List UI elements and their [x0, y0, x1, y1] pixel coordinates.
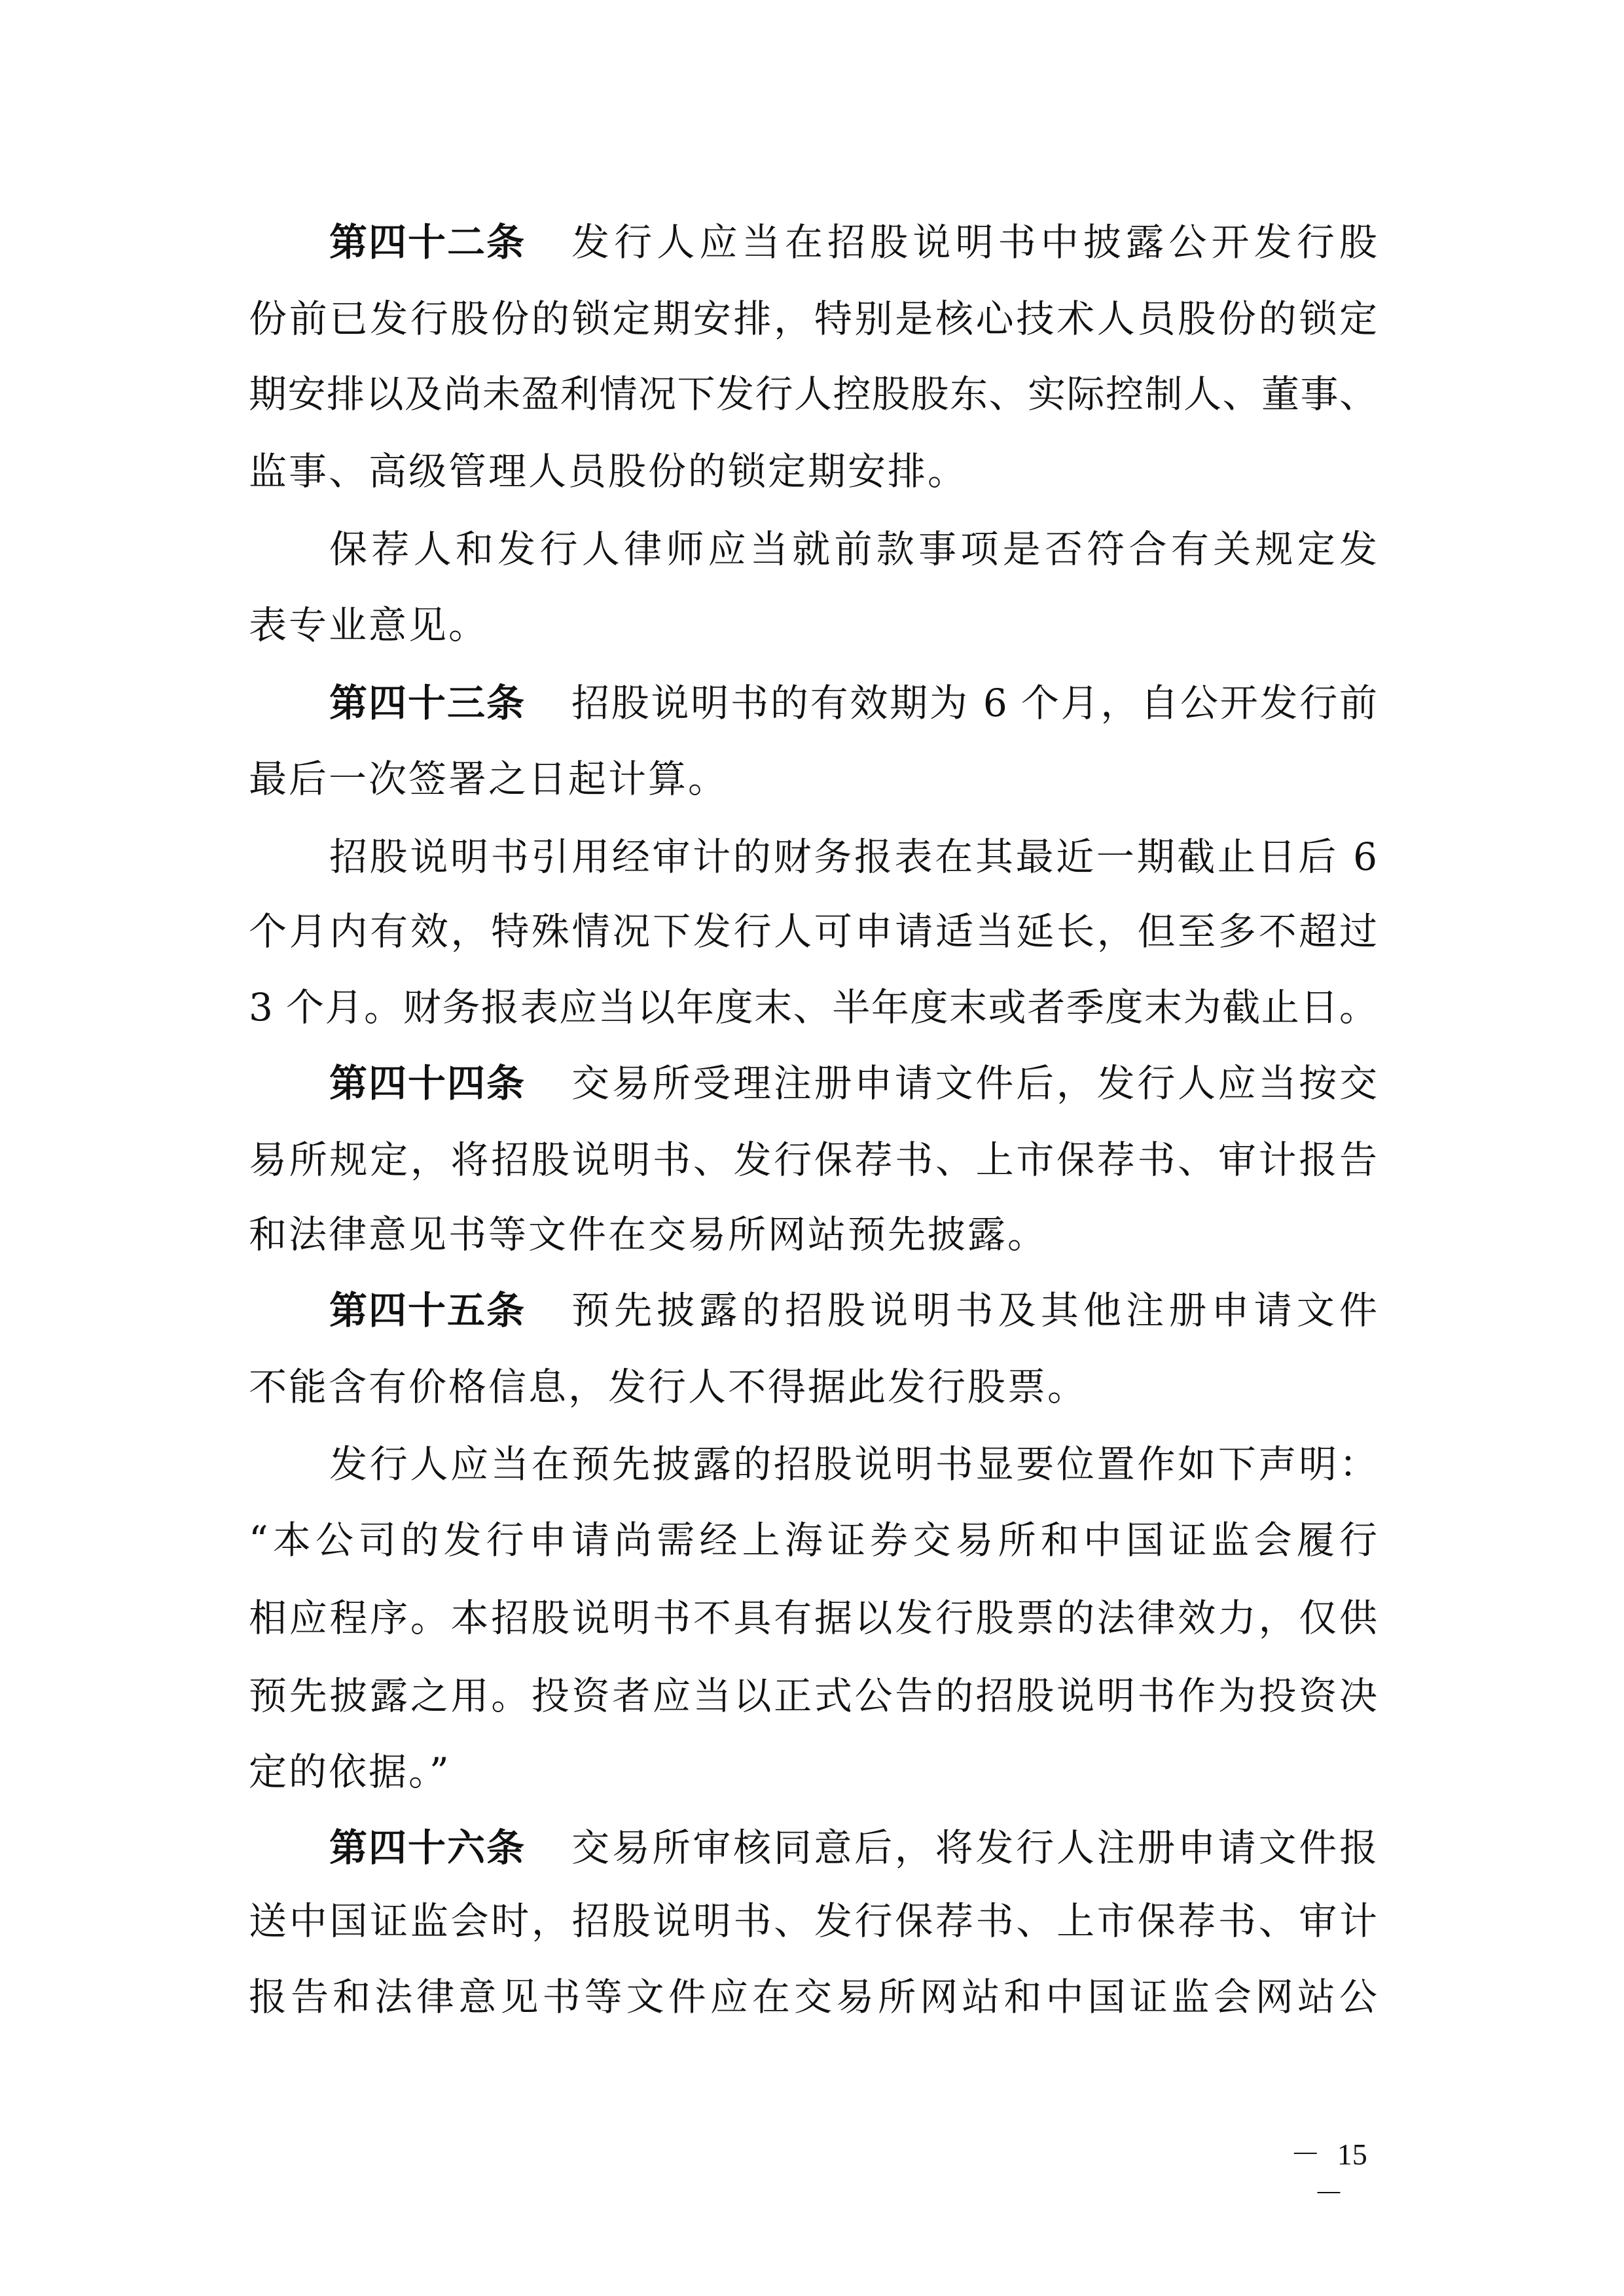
paragraph-line: 和法律意见书等文件在交易所网站预先披露。 [249, 1208, 1377, 1261]
article-heading: 第四十六条 [329, 1821, 526, 1874]
paragraph-line: 送中国证监会时，招股说明书、发行保荐书、上市保荐书、审计 [249, 1895, 1377, 1947]
page-number: － 15 － [1276, 2135, 1381, 2174]
paragraph-line: 不能含有价格信息，发行人不得据此发行股票。 [249, 1361, 1377, 1413]
paragraph-line: 份前已发行股份的锁定期安排，特别是核心技术人员股份的锁定 [249, 293, 1377, 345]
paragraph-line: 最后一次签署之日起计算。 [249, 753, 1377, 805]
article-44-first-line: 第四十四条 交易所受理注册申请文件后，发行人应当按交 [329, 1057, 1377, 1109]
article-heading: 第四十二条 [329, 216, 526, 268]
paragraph-line: 个月内有效，特殊情况下发行人可申请适当延长，但至多不超过 [249, 905, 1377, 958]
article-heading: 第四十五条 [329, 1284, 526, 1336]
paragraph-line: 相应程序。本招股说明书不具有据以发行股票的法律效力，仅供 [249, 1592, 1377, 1644]
article-45-first-line: 第四十五条 预先披露的招股说明书及其他注册申请文件 [329, 1284, 1377, 1336]
paragraph-line: 保荐人和发行人律师应当就前款事项是否符合有关规定发 [329, 523, 1377, 575]
paragraph-text: 交易所受理注册申请文件后，发行人应当按交 [571, 1057, 1377, 1109]
paragraph-line: 招股说明书引用经审计的财务报表在其最近一期截止日后 6 [329, 831, 1377, 883]
article-heading: 第四十四条 [329, 1057, 526, 1109]
article-42-first-line: 第四十二条 发行人应当在招股说明书中披露公开发行股 [329, 216, 1377, 268]
document-page: 第四十二条 发行人应当在招股说明书中披露公开发行股 份前已发行股份的锁定期安排，… [0, 0, 1624, 2296]
paragraph-line: 预先披露之用。投资者应当以正式公告的招股说明书作为投资决 [249, 1670, 1377, 1722]
article-46-first-line: 第四十六条 交易所审核同意后，将发行人注册申请文件报 [329, 1821, 1377, 1874]
paragraph-line: “本公司的发行申请尚需经上海证券交易所和中国证监会履行 [249, 1514, 1377, 1566]
paragraph-line: 报告和法律意见书等文件应在交易所网站和中国证监会网站公 [249, 1971, 1377, 2023]
paragraph-line: 监事、高级管理人员股份的锁定期安排。 [249, 445, 1377, 497]
paragraph-line: 发行人应当在预先披露的招股说明书显要位置作如下声明： [329, 1438, 1377, 1490]
paragraph-text: 招股说明书的有效期为 6 个月，自公开发行前 [571, 677, 1377, 729]
paragraph-text: 预先披露的招股说明书及其他注册申请文件 [571, 1284, 1377, 1336]
paragraph-line: 期安排以及尚未盈利情况下发行人控股股东、实际控制人、董事、 [249, 368, 1377, 420]
article-43-first-line: 第四十三条 招股说明书的有效期为 6 个月，自公开发行前 [329, 677, 1377, 729]
paragraph-line: 表专业意见。 [249, 599, 1377, 651]
paragraph-line: 定的依据。” [249, 1746, 1377, 1798]
paragraph-line: 易所规定，将招股说明书、发行保荐书、上市保荐书、审计报告 [249, 1134, 1377, 1186]
paragraph-line: 3 个月。财务报表应当以年度末、半年度末或者季度末为截止日。 [249, 981, 1377, 1033]
article-heading: 第四十三条 [329, 677, 526, 729]
paragraph-text: 交易所审核同意后，将发行人注册申请文件报 [571, 1821, 1377, 1874]
paragraph-text: 发行人应当在招股说明书中披露公开发行股 [571, 216, 1377, 268]
